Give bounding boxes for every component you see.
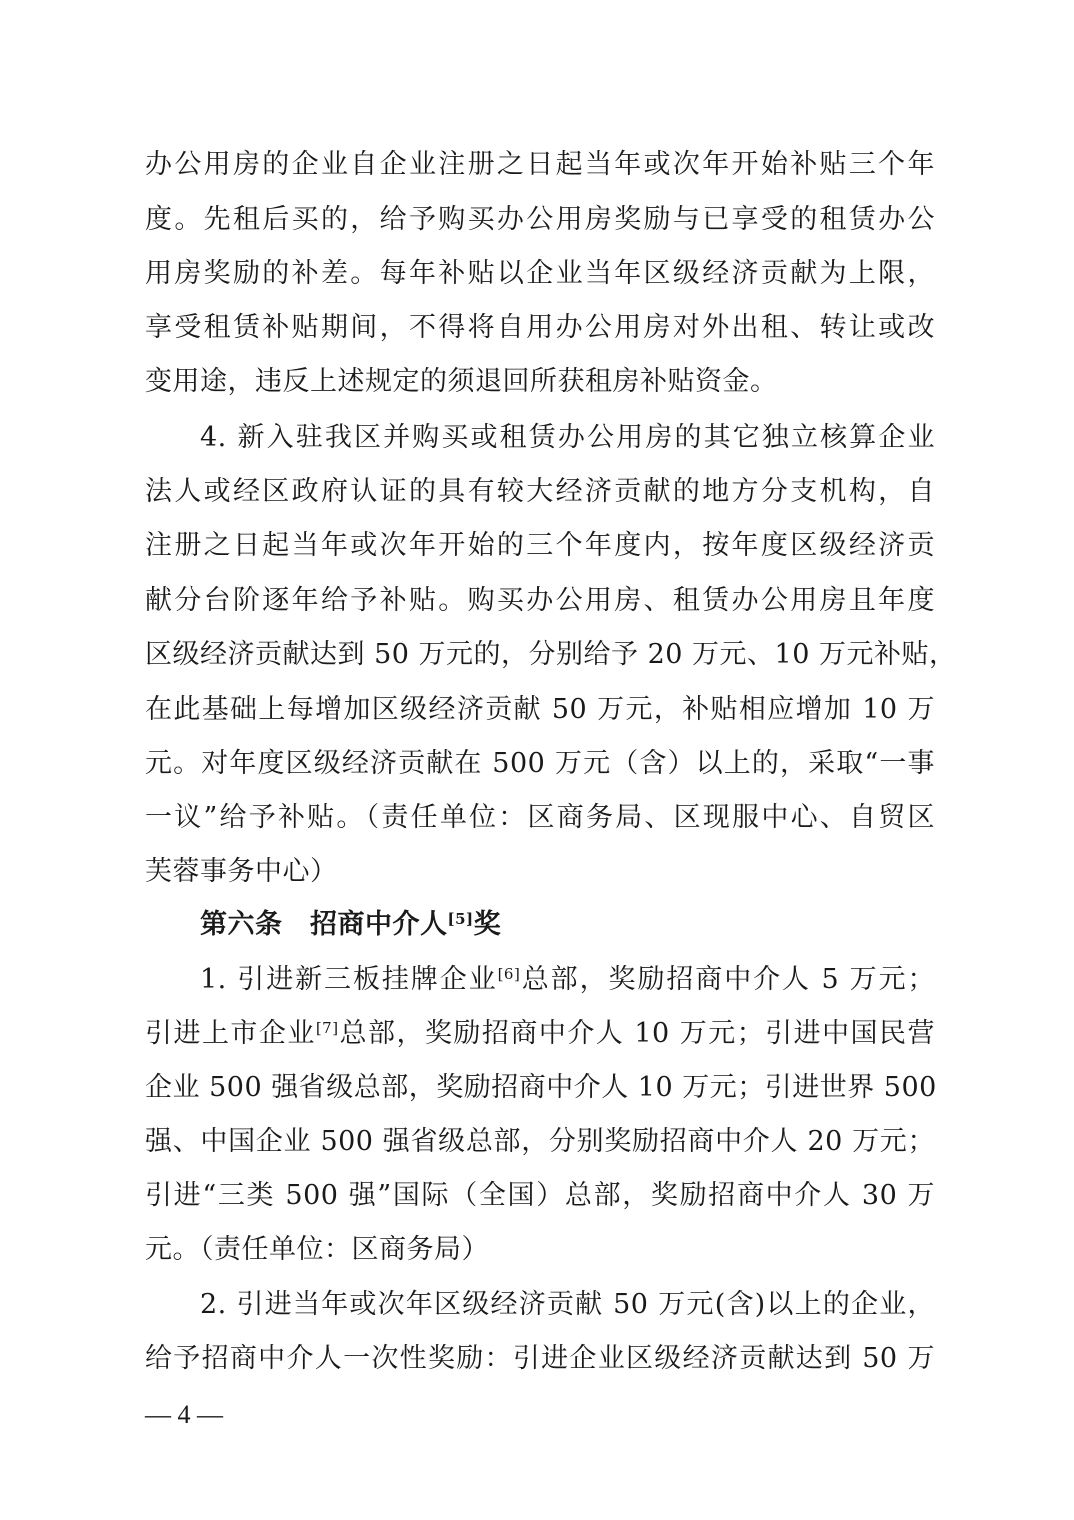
paragraph-line: 法人或经区政府认证的具有较大经济贡献的地方分支机构，自 <box>145 472 935 512</box>
paragraph-line: 芙蓉事务中心） <box>145 852 935 892</box>
paragraph-line: 元。（责任单位：区商务局） <box>145 1230 935 1270</box>
section-heading: 第六条 招商中介人[5]奖 <box>200 905 990 945</box>
paragraph-line: 给予招商中介人一次性奖励：引进企业区级经济贡献达到 50 万 <box>145 1339 935 1379</box>
paragraph-line: 4. 新入驻我区并购买或租赁办公用房的其它独立核算企业 <box>200 418 935 458</box>
paragraph-line: 1. 引进新三板挂牌企业[6]总部，奖励招商中介人 5 万元； <box>200 960 935 1000</box>
paragraph-line: 强、中国企业 500 强省级总部，分别奖励招商中介人 20 万元； <box>145 1122 935 1162</box>
footnote-ref: [7] <box>316 1019 339 1037</box>
footnote-ref: [5] <box>448 910 474 928</box>
paragraph-line: 办公用房的企业自企业注册之日起当年或次年开始补贴三个年 <box>145 145 935 185</box>
paragraph-line: 企业 500 强省级总部，奖励招商中介人 10 万元；引进世界 500 <box>145 1068 935 1108</box>
line-text: 总部，奖励招商中介人 5 万元； <box>520 964 935 995</box>
paragraph-line: 用房奖励的补差。每年补贴以企业当年区级经济贡献为上限， <box>145 254 935 294</box>
paragraph-line: 享受租赁补贴期间，不得将自用办公用房对外出租、转让或改 <box>145 308 935 348</box>
line-text: 引进上市企业 <box>145 1018 316 1049</box>
paragraph-line: 区级经济贡献达到 50 万元的，分别给予 20 万元、10 万元补贴， <box>145 635 935 675</box>
paragraph-line: 度。先租后买的，给予购买办公用房奖励与已享受的租赁办公 <box>145 200 935 240</box>
paragraph-line: 2. 引进当年或次年区级经济贡献 50 万元(含)以上的企业， <box>200 1285 935 1325</box>
paragraph-line: 变用途，违反上述规定的须退回所获租房补贴资金。 <box>145 362 935 402</box>
heading-text-suffix: 奖 <box>474 909 502 940</box>
paragraph-line: 一议”给予补贴。（责任单位：区商务局、区现服中心、自贸区 <box>145 798 935 838</box>
paragraph-line: 引进上市企业[7]总部，奖励招商中介人 10 万元；引进中国民营 <box>145 1014 935 1054</box>
document-page: 办公用房的企业自企业注册之日起当年或次年开始补贴三个年 度。先租后买的，给予购买… <box>0 0 1074 1520</box>
footnote-ref: [6] <box>498 965 521 983</box>
paragraph-line: 元。对年度区级经济贡献在 500 万元（含）以上的，采取“一事 <box>145 744 935 784</box>
line-text: 1. 引进新三板挂牌企业 <box>200 964 498 995</box>
paragraph-line: 引进“三类 500 强”国际（全国）总部，奖励招商中介人 30 万 <box>145 1176 935 1216</box>
paragraph-line: 注册之日起当年或次年开始的三个年度内，按年度区级经济贡 <box>145 526 935 566</box>
paragraph-line: 献分台阶逐年给予补贴。购买办公用房、租赁办公用房且年度 <box>145 581 935 621</box>
heading-text: 第六条 招商中介人 <box>200 909 448 940</box>
line-text: 总部，奖励招商中介人 10 万元；引进中国民营 <box>339 1018 935 1049</box>
page-number: — 4 — <box>145 1395 223 1435</box>
paragraph-line: 在此基础上每增加区级经济贡献 50 万元，补贴相应增加 10 万 <box>145 690 935 730</box>
